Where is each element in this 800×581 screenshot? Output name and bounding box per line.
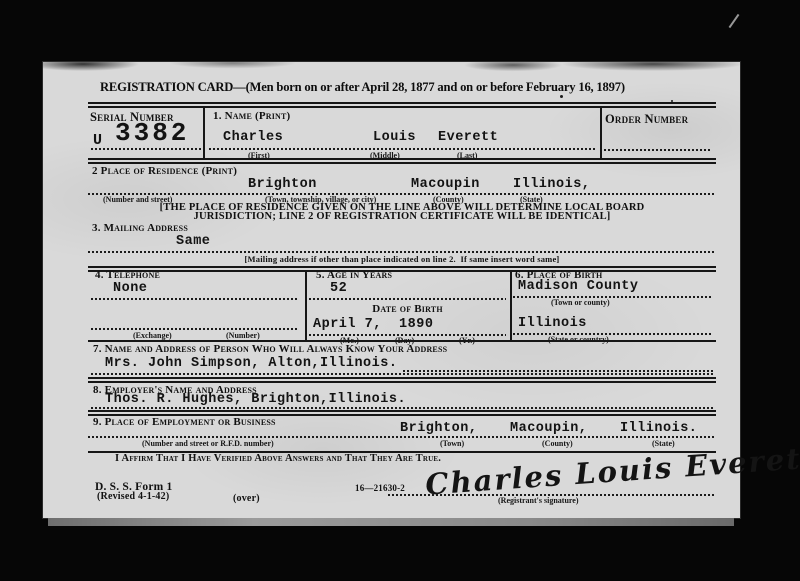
divider-age-birth (510, 272, 512, 340)
employment-state-value: Illinois. (620, 421, 697, 436)
employment-county-caption: (County) (542, 439, 573, 448)
rule-row3-bottom (88, 266, 716, 272)
employer-line (91, 407, 715, 409)
name-first-value: Charles (223, 130, 283, 145)
residence-label: 2 Place of Residence (Print) (92, 165, 237, 177)
print-code: 16—21630-2 (355, 483, 405, 493)
contact-value: Mrs. John Simpson, Alton,Illinois. (105, 356, 397, 371)
dob-label: Date of Birth (305, 303, 510, 315)
age-label: 5. Age in Years (316, 269, 392, 281)
name-label: 1. Name (Print) (213, 110, 290, 122)
rule-row1-bottom (88, 158, 716, 164)
name-last-value: Everett (438, 130, 498, 145)
jurisdiction-note-line2: JURISDICTION; LINE 2 OF REGISTRATION CER… (88, 211, 716, 222)
dob-value: April 7, 1890 (313, 317, 433, 332)
employment-line (88, 436, 716, 438)
employer-value: Thos. R. Hughes, Brighton,Illinois. (105, 392, 406, 407)
employment-county-value: Macoupin, (510, 421, 587, 436)
rule-row7-bottom (88, 377, 716, 383)
employment-street-caption: (Number and street or R.F.D. number) (142, 439, 274, 448)
rule-header-bottom (88, 102, 716, 108)
mailing-label: 3. Mailing Address (92, 222, 188, 234)
birth-town-value: Madison County (518, 279, 638, 294)
card-bottom-edge (48, 518, 734, 526)
rule-row456-bottom (88, 340, 716, 342)
telephone-label: 4. Telephone (95, 269, 160, 281)
telephone-line2 (91, 328, 297, 330)
employment-town-caption: (Town) (440, 439, 464, 448)
residence-state-value: Illinois, (513, 177, 590, 192)
contact-line-upper (403, 370, 715, 372)
birth-state-line (513, 333, 713, 335)
form-revision: (Revised 4-1-42) (97, 491, 169, 502)
mailing-value: Same (176, 234, 210, 249)
serial-number-line (91, 148, 201, 150)
birth-state-value: Illinois (518, 316, 587, 331)
serial-number-prefix: U (93, 132, 103, 149)
residence-county-value: Macoupin (411, 177, 480, 192)
serial-number-value: 3382 (115, 118, 189, 148)
birth-town-line (513, 296, 713, 298)
name-middle-value: Louis (373, 130, 416, 145)
registrant-signature: Charles Louis Everett (424, 440, 800, 501)
birth-town-caption: (Town or county) (551, 298, 610, 307)
employment-town-value: Brighton, (400, 421, 477, 436)
residence-line (88, 193, 716, 195)
residence-town-value: Brighton (248, 177, 317, 192)
scan-smudges (43, 62, 740, 80)
telephone-exchange-caption: (Exchange) (133, 331, 172, 340)
over-note: (over) (233, 493, 260, 504)
affirmation-text: I Affirm That I Have Verified Above Answ… (115, 453, 441, 464)
telephone-number-caption: (Number) (226, 331, 260, 340)
scan-background: REGISTRATION CARD—(Men born on or after … (0, 0, 800, 581)
order-number-label: Order Number (605, 112, 688, 127)
contact-label: 7. Name and Address of Person Who Will A… (93, 343, 447, 355)
scratch-mark (729, 14, 740, 28)
telephone-value: None (113, 281, 147, 296)
signature-caption: (Registrant's signature) (498, 496, 579, 505)
mailing-line (88, 251, 716, 253)
name-line (209, 148, 597, 150)
order-number-line (604, 149, 710, 151)
registration-card: REGISTRATION CARD—(Men born on or after … (43, 62, 740, 518)
divider-name-order (600, 108, 602, 158)
telephone-line1 (91, 298, 297, 300)
mailing-caption: [Mailing address if other than place ind… (88, 254, 716, 264)
divider-serial-name (203, 108, 205, 158)
age-value: 52 (330, 281, 347, 296)
employment-label: 9. Place of Employment or Business (93, 416, 276, 428)
age-line (309, 298, 506, 300)
card-title: REGISTRATION CARD—(Men born on or after … (100, 80, 625, 95)
ink-speck (560, 95, 563, 98)
employment-state-caption: (State) (652, 439, 675, 448)
contact-line (91, 373, 715, 375)
